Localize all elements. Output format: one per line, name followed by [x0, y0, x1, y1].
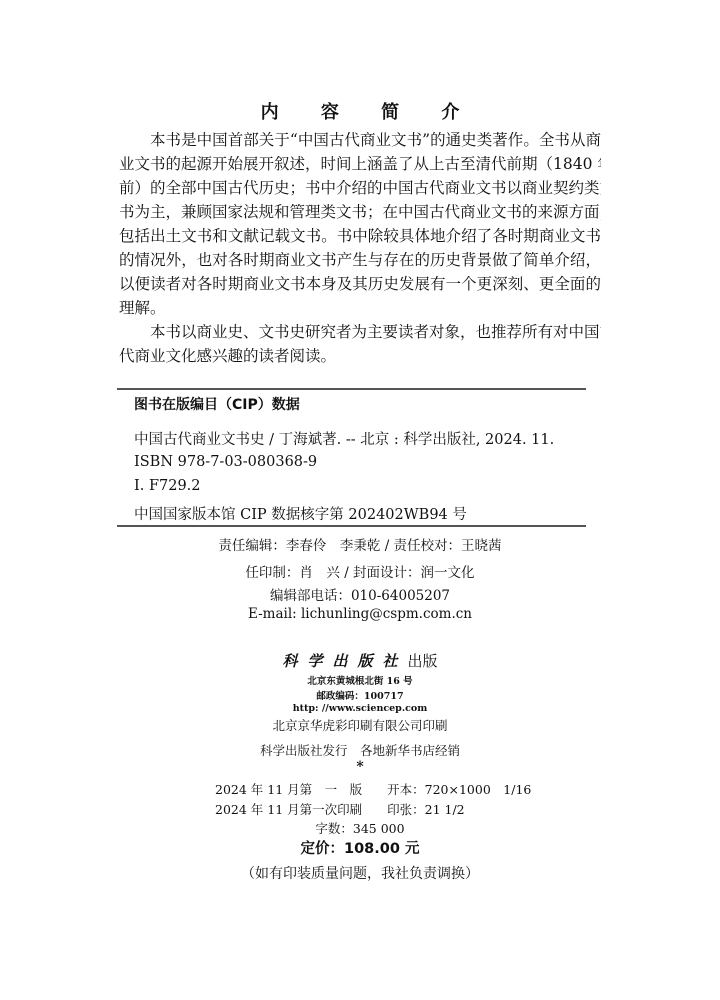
edition-line: 2024 年 11 月第 一 版 开本：720×1000 1/16 — [215, 780, 531, 798]
credits-email: E-mail: lichunling@cspm.com.cn — [0, 606, 720, 622]
quality-notice: （如有印装质量问题，我社负责调换） — [0, 863, 720, 883]
text-line: 本书以商业史、文书史研究者为主要读者对象，也推荐所有对中国古 — [119, 320, 601, 344]
text-line: 前）的全部中国古代历史；书中介绍的中国古代商业文书以商业契约类文 — [119, 176, 601, 200]
publisher-name-suffix: 出版 — [408, 652, 438, 670]
text-line: 本书是中国首部关于“中国古代商业文书”的通史类著作。全书从商 — [119, 128, 601, 152]
credits-production: 任印制：肖 兴 / 封面设计：润一文化 — [0, 561, 720, 581]
credits-phone: 编辑部电话：010-64005207 — [0, 584, 720, 604]
price: 定价：108.00 元 — [0, 837, 720, 858]
page-title: 内 容 简 介 — [0, 98, 720, 124]
cip-heading: 图书在版编目（CIP）数据 — [134, 394, 300, 414]
cip-isbn: ISBN 978-7-03-080368-9 — [134, 454, 317, 470]
distribution: 科学出版社发行 各地新华书店经销 — [0, 741, 720, 759]
cip-classification: Ⅰ. F729.2 — [134, 478, 201, 494]
word-count: 字数：345 000 — [0, 819, 720, 837]
cip-top-divider — [117, 388, 586, 390]
printer: 北京京华虎彩印刷有限公司印刷 — [0, 716, 720, 734]
separator-asterisk: * — [0, 759, 720, 775]
cip-record: 中国古代商业文书史 / 丁海斌著. -- 北京 : 科学出版社, 2024. 1… — [134, 428, 554, 449]
cip-number: 中国国家版本馆 CIP 数据核字第 202402WB94 号 — [134, 503, 467, 524]
intro-paragraph-1: 本书是中国首部关于“中国古代商业文书”的通史类著作。全书从商 业文书的起源开始展… — [119, 128, 601, 320]
publisher-name: 科学出版社出版 — [0, 650, 720, 671]
text-line: 书为主，兼顾国家法规和管理类文书；在中国古代商业文书的来源方面， — [119, 200, 601, 224]
credits-editors: 责任编辑：李春伶 李秉乾 / 责任校对：王晓茜 — [0, 534, 720, 554]
publisher-website: http: //www.sciencep.com — [0, 703, 720, 714]
text-line: 理解。 — [119, 296, 601, 320]
text-line: 代商业文化感兴趣的读者阅读。 — [119, 344, 601, 368]
publisher-postal-code: 邮政编码：100717 — [0, 688, 720, 702]
cip-bottom-divider — [117, 525, 586, 527]
text-line: 包括出土文书和文献记载文书。书中除较具体地介绍了各时期商业文书 — [119, 224, 601, 248]
text-line: 以便读者对各时期商业文书本身及其历史发展有一个更深刻、更全面的 — [119, 272, 601, 296]
publisher-logo-calligraphy: 科学出版社 — [282, 652, 407, 670]
intro-paragraph-2: 本书以商业史、文书史研究者为主要读者对象，也推荐所有对中国古 代商业文化感兴趣的… — [119, 320, 601, 368]
publisher-address: 北京东黄城根北街 16 号 — [0, 673, 720, 687]
printing-line: 2024 年 11 月第一次印刷 印张：21 1/2 — [215, 800, 465, 818]
text-line: 的情况外，也对各时期商业文书产生与存在的历史背景做了简单介绍， — [119, 248, 601, 272]
text-line: 业文书的起源开始展开叙述，时间上涵盖了从上古至清代前期（1840 年以 — [119, 152, 601, 176]
